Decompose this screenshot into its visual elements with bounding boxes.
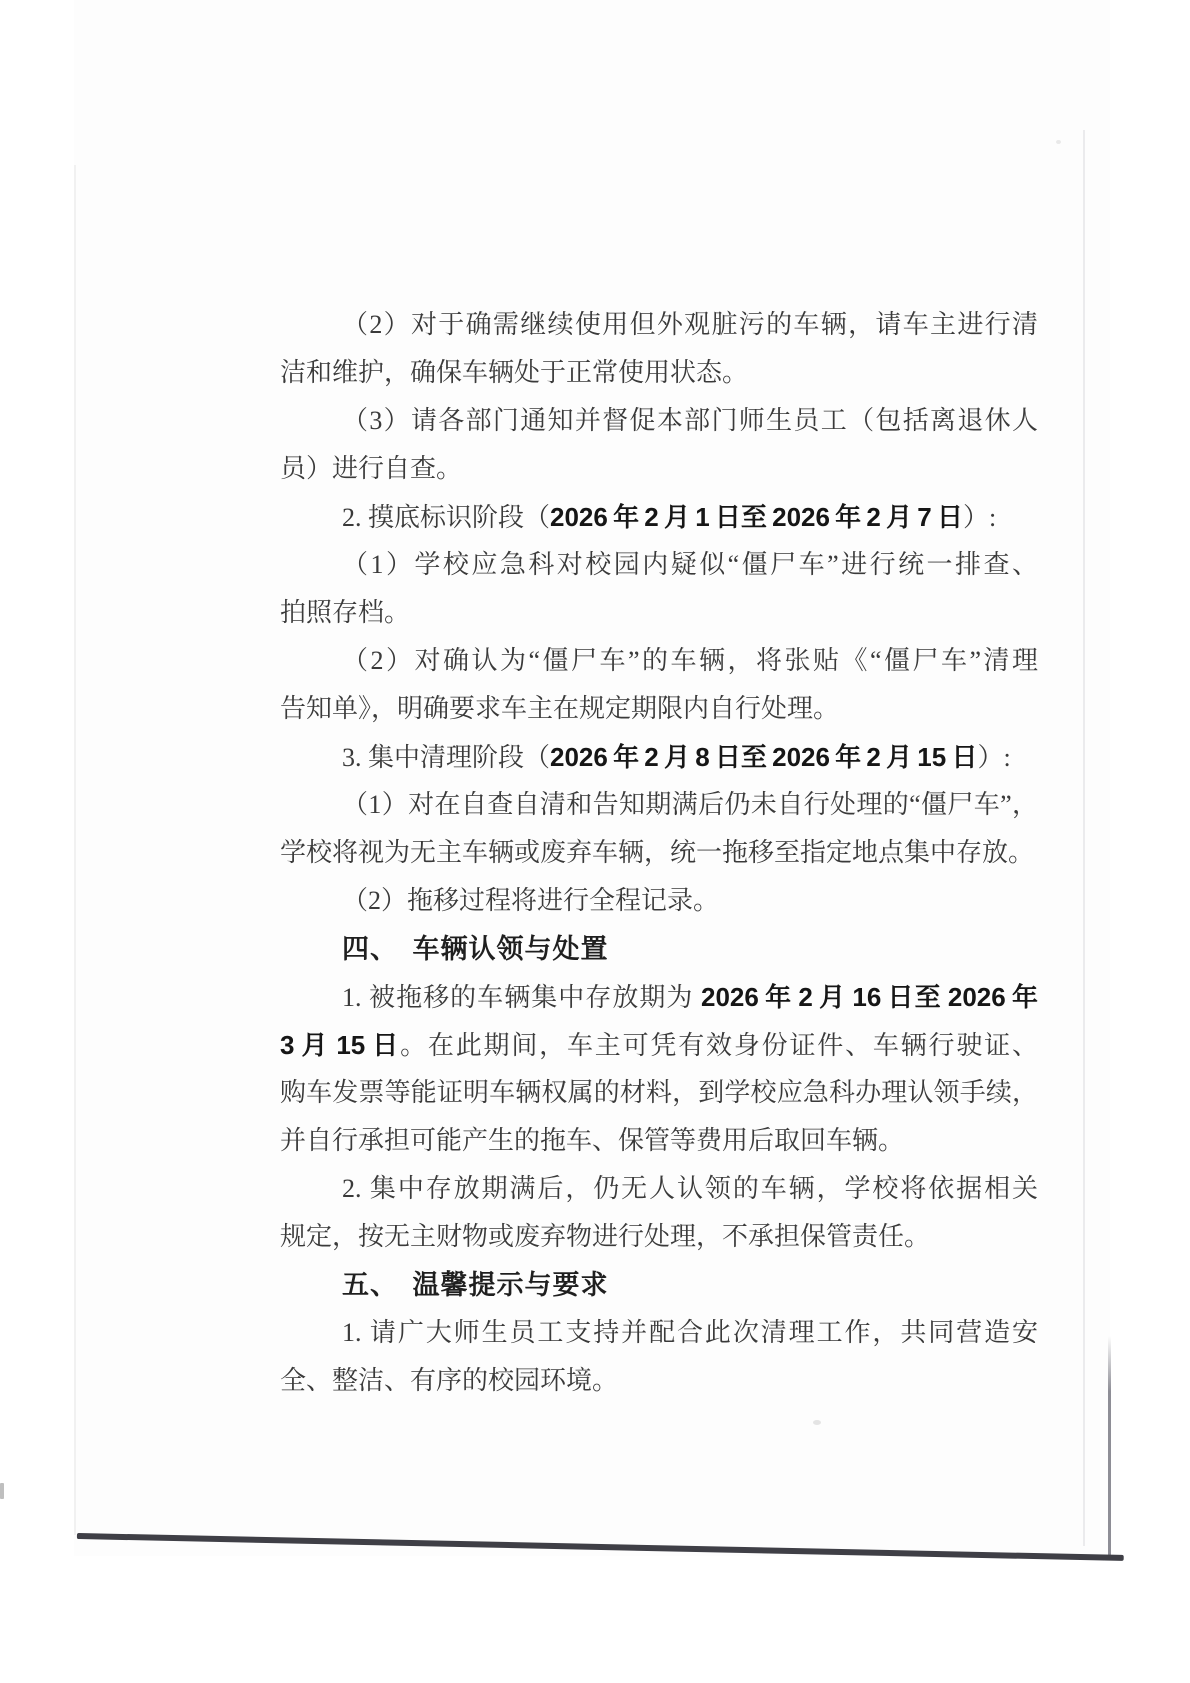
- document-page: （2）对于确需继续使用但外观脏污的车辆，请车主进行清洁和维护，确保车辆处于正常使…: [74, 0, 1110, 1556]
- body-text: （2）对确认为“僵尸车”的车辆，将张贴《“僵尸车”清理: [342, 646, 1038, 675]
- body-text: 。在此期间，车主可凭有效身份证件、车辆行驶证、: [400, 1031, 1038, 1060]
- body-text: 1. 请广大师生员工支持并配合此次清理工作，共同营造安: [342, 1318, 1038, 1347]
- text-line: 拍照存档。: [280, 589, 1038, 637]
- text-line: 3. 集中清理阶段（2026 年 2 月 8 日至 2026 年 2 月 15 …: [280, 733, 1038, 781]
- body-text: 并自行承担可能产生的拖车、保管等费用后取回车辆。: [280, 1126, 904, 1155]
- text-line: 并自行承担可能产生的拖车、保管等费用后取回车辆。: [280, 1117, 1038, 1165]
- text-line: （2）对确认为“僵尸车”的车辆，将张贴《“僵尸车”清理: [280, 637, 1038, 685]
- body-text: （3）请各部门通知并督促本部门师生员工（包括离退休人: [342, 406, 1038, 435]
- bold-text: 2026 年 2 月 1 日至 2026 年 2 月 7 日: [550, 502, 963, 532]
- text-line: 1. 请广大师生员工支持并配合此次清理工作，共同营造安: [280, 1309, 1038, 1357]
- text-line: 2. 集中存放期满后，仍无人认领的车辆，学校将依据相关: [280, 1165, 1038, 1213]
- document-body: （2）对于确需继续使用但外观脏污的车辆，请车主进行清洁和维护，确保车辆处于正常使…: [280, 301, 1038, 1405]
- text-line: 洁和维护，确保车辆处于正常使用状态。: [280, 349, 1038, 397]
- body-text: 2. 摸底标识阶段（: [342, 503, 550, 532]
- text-line: 学校将视为无主车辆或废弃车辆，统一拖移至指定地点集中存放。: [280, 829, 1038, 877]
- scanned-page: （2）对于确需继续使用但外观脏污的车辆，请车主进行清洁和维护，确保车辆处于正常使…: [0, 0, 1190, 1683]
- bold-text: 2026 年 2 月 16 日至 2026 年: [701, 982, 1038, 1012]
- bold-text: 2026 年 2 月 8 日至 2026 年 2 月 15 日: [550, 742, 977, 772]
- text-line: （1）学校应急科对校园内疑似“僵尸车”进行统一排查、: [280, 541, 1038, 589]
- text-line: 全、整洁、有序的校园环境。: [280, 1357, 1038, 1405]
- body-text: 学校将视为无主车辆或废弃车辆，统一拖移至指定地点集中存放。: [280, 838, 1034, 867]
- section-heading: 五、 温馨提示与要求: [280, 1261, 1038, 1309]
- body-text: 2. 集中存放期满后，仍无人认领的车辆，学校将依据相关: [342, 1174, 1038, 1203]
- body-text: （2）拖移过程将进行全程记录。: [342, 886, 719, 915]
- page-edge-left: [74, 165, 76, 1535]
- bold-text: 五、 温馨提示与要求: [342, 1270, 609, 1300]
- text-line: 告知单》，明确要求车主在规定期限内自行处理。: [280, 685, 1038, 733]
- text-line: 3 月 15 日。在此期间，车主可凭有效身份证件、车辆行驶证、: [280, 1021, 1038, 1069]
- scan-speck: [813, 1420, 821, 1425]
- body-text: （2）对于确需继续使用但外观脏污的车辆，请车主进行清: [342, 310, 1038, 339]
- body-text: 员）进行自查。: [280, 454, 462, 483]
- text-line: 1. 被拖移的车辆集中存放期为 2026 年 2 月 16 日至 2026 年: [280, 973, 1038, 1021]
- body-text: 3. 集中清理阶段（: [342, 743, 550, 772]
- body-text: （1）学校应急科对校园内疑似“僵尸车”进行统一排查、: [342, 550, 1038, 579]
- bold-text: 3 月 15 日: [280, 1030, 400, 1060]
- body-text: 拍照存档。: [280, 598, 410, 627]
- text-line: （3）请各部门通知并督促本部门师生员工（包括离退休人: [280, 397, 1038, 445]
- text-line: （2）对于确需继续使用但外观脏污的车辆，请车主进行清: [280, 301, 1038, 349]
- text-line: （2）拖移过程将进行全程记录。: [280, 877, 1038, 925]
- text-line: （1）对在自查自清和告知期满后仍未自行处理的“僵尸车”，: [280, 781, 1038, 829]
- text-line: 员）进行自查。: [280, 445, 1038, 493]
- scan-speck: [0, 1483, 4, 1499]
- body-text: （1）对在自查自清和告知期满后仍未自行处理的“僵尸车”，: [342, 790, 1038, 819]
- page-edge-right: [1108, 1336, 1111, 1558]
- text-line: 购车发票等能证明车辆权属的材料，到学校应急科办理认领手续，: [280, 1069, 1038, 1117]
- text-line: 2. 摸底标识阶段（2026 年 2 月 1 日至 2026 年 2 月 7 日…: [280, 493, 1038, 541]
- body-text: 1. 被拖移的车辆集中存放期为: [342, 983, 701, 1012]
- body-text: ）:: [977, 743, 1010, 772]
- bold-text: 四、 车辆认领与处置: [342, 934, 609, 964]
- body-text: 购车发票等能证明车辆权属的材料，到学校应急科办理认领手续，: [280, 1078, 1038, 1107]
- section-heading: 四、 车辆认领与处置: [280, 925, 1038, 973]
- body-text: 洁和维护，确保车辆处于正常使用状态。: [280, 358, 748, 387]
- body-text: 全、整洁、有序的校园环境。: [280, 1366, 618, 1395]
- body-text: 告知单》，明确要求车主在规定期限内自行处理。: [280, 694, 839, 723]
- body-text: 规定，按无主财物或废弃物进行处理，不承担保管责任。: [280, 1222, 930, 1251]
- text-line: 规定，按无主财物或废弃物进行处理，不承担保管责任。: [280, 1213, 1038, 1261]
- body-text: ）:: [963, 503, 996, 532]
- scan-speck: [1056, 140, 1061, 144]
- page-edge-faint-line: [1083, 130, 1085, 1546]
